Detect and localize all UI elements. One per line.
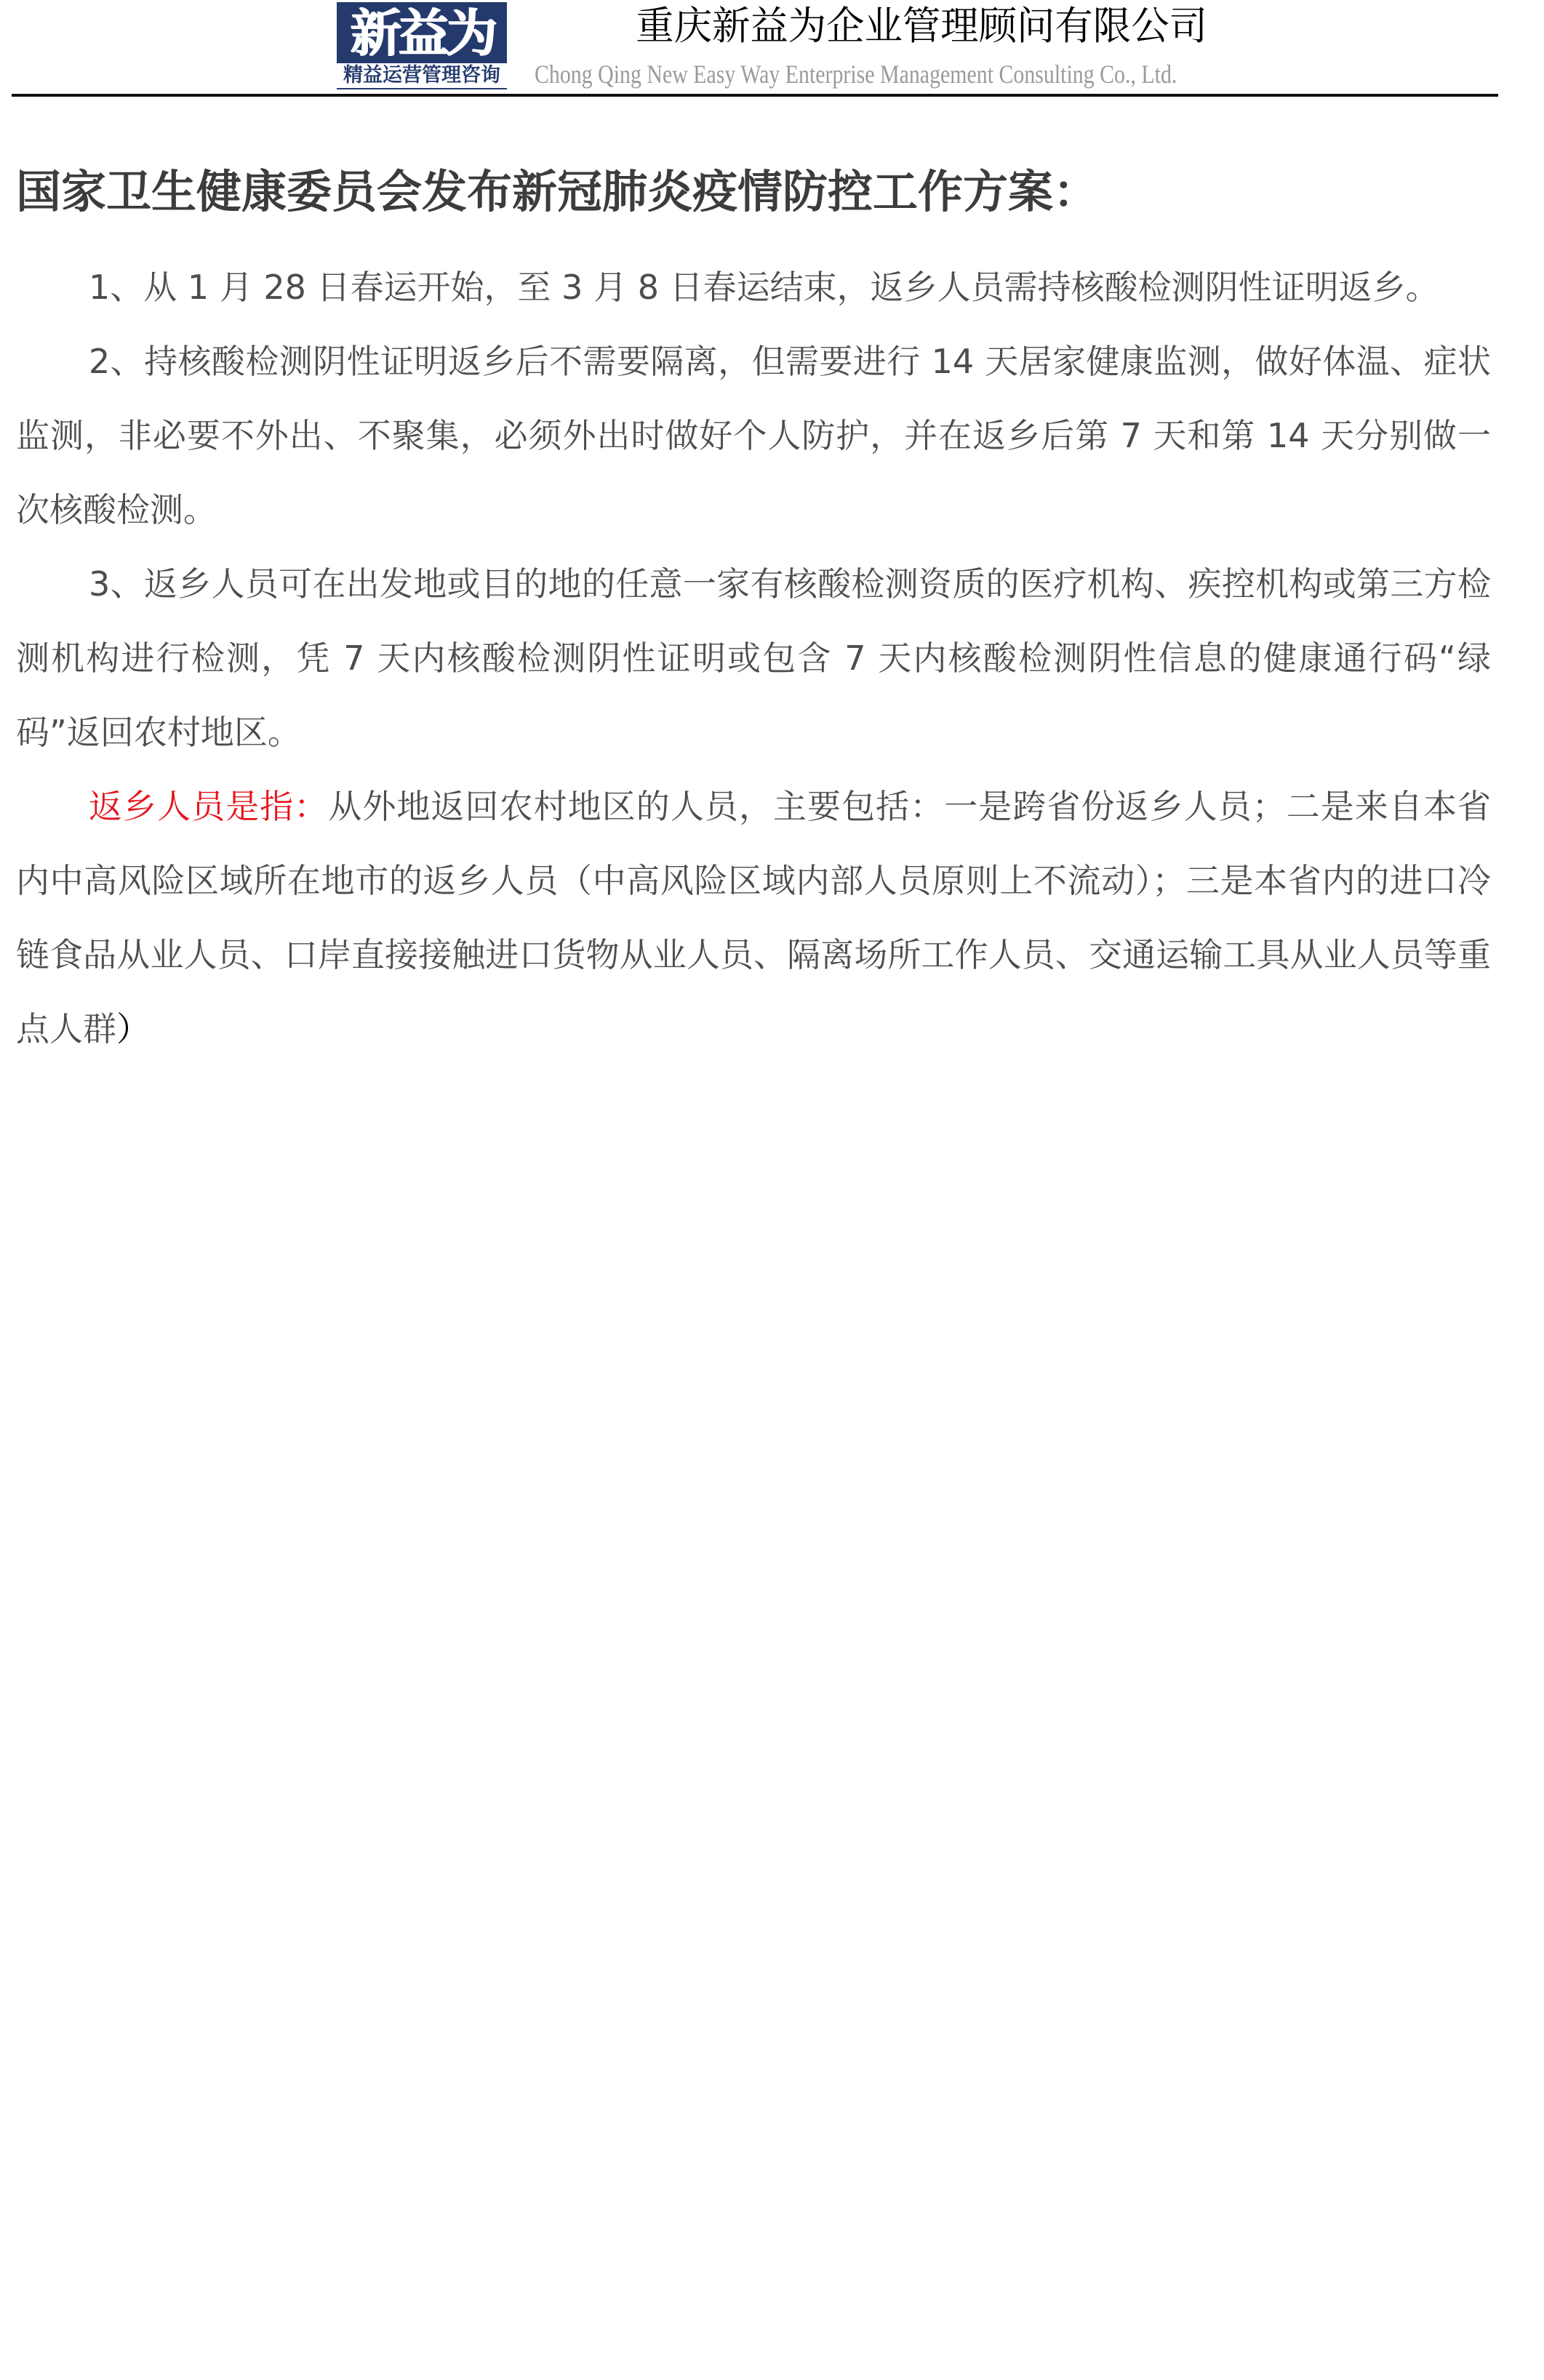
company-name-cn: 重庆新益为企业管理顾问有限公司	[618, 3, 1225, 49]
letterhead: 新益为 精益运营管理咨询 重庆新益为企业管理顾问有限公司 Chong Qing …	[0, 0, 1544, 102]
company-logo: 新益为 精益运营管理咨询	[337, 2, 507, 89]
header-divider	[12, 94, 1498, 97]
definition-label: 返乡人员是指：	[89, 787, 328, 826]
document-title: 国家卫生健康委员会发布新冠肺炎疫情防控工作方案：	[16, 164, 1507, 220]
definition-text: 从外地返回农村地区的人员，主要包括：一是跨省份返乡人员；二是来自本省内中高风险区…	[16, 787, 1491, 1049]
logo-sub-text: 精益运营管理咨询	[337, 63, 507, 88]
company-name-en: Chong Qing New Easy Way Enterprise Manag…	[535, 58, 1207, 90]
definition-paragraph: 返乡人员是指：从外地返回农村地区的人员，主要包括：一是跨省份返乡人员；二是来自本…	[16, 769, 1491, 1066]
paragraph-item-1: 1、从 1 月 28 日春运开始，至 3 月 8 日春运结束，返乡人员需持核酸检…	[16, 250, 1491, 324]
paragraph-item-3: 3、返乡人员可在出发地或目的地的任意一家有核酸检测资质的医疗机构、疾控机构或第三…	[16, 547, 1491, 769]
paragraph-item-2: 2、持核酸检测阴性证明返乡后不需要隔离，但需要进行 14 天居家健康监测，做好体…	[16, 324, 1491, 547]
definition-closing: ）	[116, 1009, 150, 1049]
logo-main-text: 新益为	[337, 5, 507, 62]
document-body: 1、从 1 月 28 日春运开始，至 3 月 8 日春运结束，返乡人员需持核酸检…	[16, 250, 1491, 1066]
